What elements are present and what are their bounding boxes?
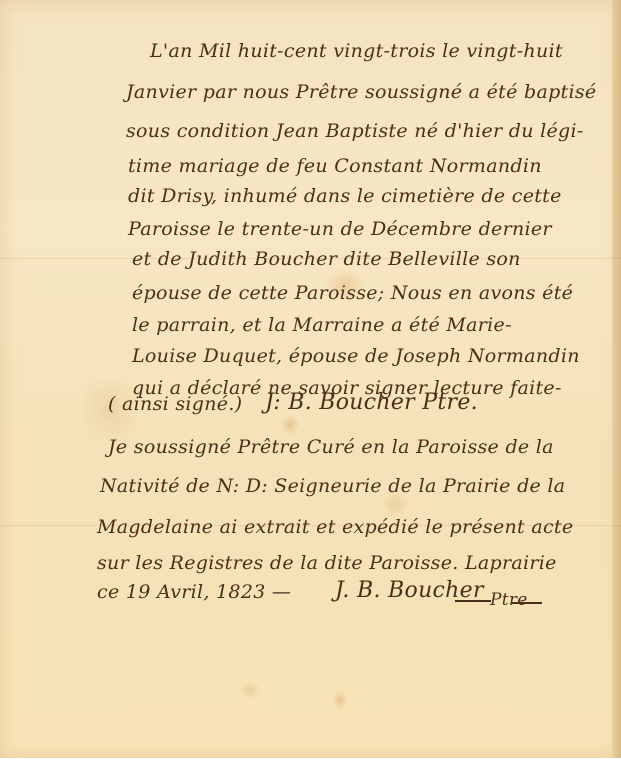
certification-line: Nativité de N: D: Seigneurie de la Prair… — [100, 475, 565, 497]
certification-line: Je soussigné Prêtre Curé en la Paroisse … — [108, 436, 554, 458]
record-line: et de Judith Boucher dite Belleville son — [132, 248, 521, 270]
record-line: time mariage de feu Constant Normandin — [128, 155, 542, 177]
certification-line: sur les Registres de la dite Paroisse. L… — [97, 552, 557, 574]
record-line: le parrain, et la Marraine a été Marie- — [132, 314, 512, 336]
paper-edge — [612, 0, 621, 758]
record-line: L'an Mil huit-cent vingt-trois le vingt-… — [150, 40, 563, 62]
signature-flourish — [455, 600, 491, 602]
record-line: Janvier par nous Prêtre soussigné a été … — [126, 81, 596, 103]
signature-flourish — [512, 602, 542, 604]
record-line: sous condition Jean Baptiste né d'hier d… — [126, 120, 584, 142]
record-line: dit Drisy, inhumé dans le cimetière de c… — [128, 185, 562, 207]
record-line: Louise Duquet, épouse de Joseph Normandi… — [132, 345, 580, 367]
signature-suffix: Ptre — [490, 590, 528, 610]
record-signature: J: B. Boucher Ptre. — [265, 390, 478, 415]
record-line: ( ainsi signé.) — [108, 393, 242, 415]
certification-line: Magdelaine ai extrait et expédié le prés… — [97, 516, 573, 538]
record-line: épouse de cette Paroisse; Nous en avons … — [132, 282, 573, 304]
certification-line: ce 19 Avril, 1823 — — [97, 581, 291, 603]
record-line: Paroisse le trente-un de Décembre dernie… — [128, 218, 552, 240]
